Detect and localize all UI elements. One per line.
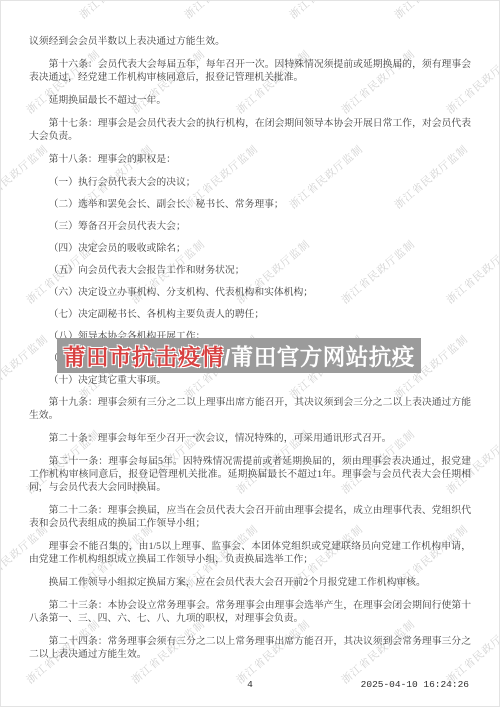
document-paragraph: （十）决定其它重大事项。 [29,374,471,387]
document-paragraph: 理事会不能召集的，由1/5以上理事、监事会、本团体党组织或党建联络员向党建工作机… [29,540,471,566]
document-paragraph: 换届工作领导小组拟定换届方案，应在会员代表大会召开前2个月报党建工作机构审核。 [29,576,471,589]
footer-timestamp: 2025-04-10 16:24:26 [361,679,469,690]
document-paragraph: （一）执行会员代表大会的决议； [29,176,471,189]
document-paragraph: （五）向会员代表大会报告工作和财务状况； [29,264,471,277]
document-paragraph: 第二十二条：理事会换届，应当在会员代表大会召开前由理事会提名，成立由理事代表、党… [29,504,471,530]
document-paragraph: （三）筹备召开会员代表大会； [29,220,471,233]
document-paragraph: （六）决定设立办事机构、分支机构、代表机构和实体机构； [29,286,471,299]
document-paragraph: （四）决定会员的吸收或除名； [29,242,471,255]
document-paragraph: 第二十一条：理事会每届5年。因特殊情况需提前或者延期换届的，须由理事会表决通过，… [29,455,471,494]
document-paragraph: 延期换届最长不超过一年。 [29,94,471,107]
document-paragraph: 第十九条：理事会须有三分之二以上理事出席方能召开，其决议须到会三分之二以上表决通… [29,396,471,422]
document-paragraph: 第十八条：理事会的职权是： [29,153,471,166]
document-body: 议须经到会会员半数以上表决通过方能生效。第十六条：会员代表大会每届五年，每年召开… [1,1,499,671]
document-page: 浙江省民政厅监制浙江省民政厅监制浙江省民政厅监制浙江省民政厅监制浙江省民政厅监制… [0,0,500,707]
document-paragraph: 第二十四条：常务理事会须有三分之二以上常务理事出席方能召开，其决议须到会常务理事… [29,635,471,661]
banner-text-white: /莆田官方网站抗疫 [224,340,415,372]
document-paragraph: 第二十条：理事会每年至少召开一次会议，情况特殊的，可采用通讯形式召开。 [29,432,471,445]
overlay-banner: 莆田市抗击疫情/莆田官方网站抗疫 [57,338,421,373]
document-paragraph: 第十六条：会员代表大会每届五年，每年召开一次。因特殊情况须提前或延期换届的，须有… [29,58,471,84]
document-paragraph: 第十七条：理事会是会员代表大会的执行机构，在闭会期间领导本协会开展日常工作，对会… [29,117,471,143]
banner-text-red: 莆田市抗击疫情 [63,340,224,372]
document-paragraph: （二）选举和罢免会长、副会长、秘书长、常务理事； [29,198,471,211]
document-paragraph: 议须经到会会员半数以上表决通过方能生效。 [29,35,471,48]
document-paragraph: 第二十三条：本协会设立常务理事会。常务理事会由理事会选举产生，在理事会闭会期间行… [29,599,471,625]
document-paragraph: （七）决定副秘书长、各机构主要负责人的聘任； [29,308,471,321]
